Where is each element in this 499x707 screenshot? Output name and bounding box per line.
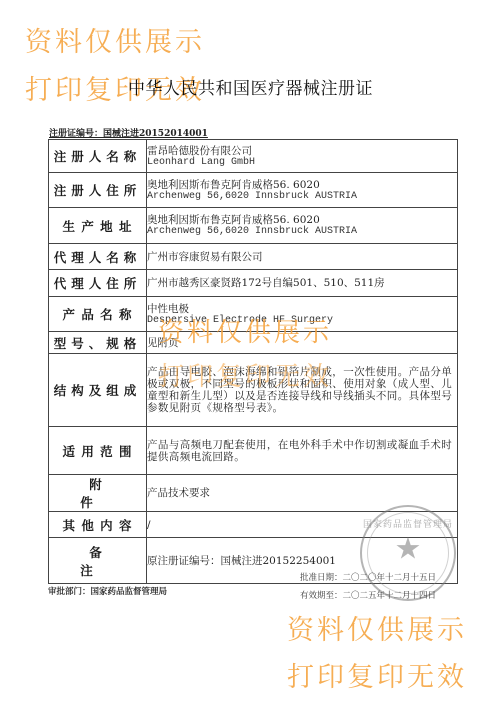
watermark-display-only: 资料仅供展示 (25, 20, 205, 59)
product-name-cn: 中性电极 (147, 303, 457, 315)
table-row: 生 产 地 址 奥地利因斯布鲁克阿肯威格56. 6020 Archenweg 5… (49, 208, 458, 244)
row-label: 代理人名称 (49, 244, 147, 270)
row-value: 奥地利因斯布鲁克阿肯威格56. 6020 Archenweg 56,6020 I… (147, 208, 458, 244)
registrant-address-cn: 奥地利因斯布鲁克阿肯威格56. 6020 (147, 179, 457, 191)
approval-department: 审批部门：国家药品监督管理局 (48, 585, 167, 597)
row-value: 中性电极 Despersive Electrode HF Surgery (147, 297, 458, 332)
scope-of-application: 产品与高频电刀配套使用，在电外科手术中作切割或凝血手术时提供高频电流回路。 (147, 427, 458, 475)
row-label: 附 件 (49, 475, 147, 512)
model-spec: 见附页 (147, 332, 458, 354)
table-row: 注册人住所 奥地利因斯布鲁克阿肯威格56. 6020 Archenweg 56,… (49, 173, 458, 208)
row-label: 型号、规格 (49, 332, 147, 354)
registration-number-value: 国械注进20152014001 (103, 129, 208, 139)
table-row: 代理人名称 广州市容康贸易有限公司 (49, 244, 458, 270)
row-label: 生 产 地 址 (49, 208, 147, 244)
row-label: 注册人住所 (49, 173, 147, 208)
structure-composition: 产品由导电胶、泡沫海绵和铝箔片制成，一次性使用。产品分单极或双极，不同型号的极板… (147, 354, 458, 427)
table-row: 代理人住所 广州市越秀区豪贤路172号自编501、510、511房 (49, 270, 458, 297)
row-label: 结构及组成 (49, 354, 147, 427)
table-row: 型号、规格 见附页 (49, 332, 458, 354)
star-icon: ★ (395, 532, 422, 567)
official-seal: 国家药品监督管理局 ★ (360, 505, 456, 601)
row-value: 奥地利因斯布鲁克阿肯威格56. 6020 Archenweg 56,6020 I… (147, 173, 458, 208)
table-row: 结构及组成 产品由导电胶、泡沫海绵和铝箔片制成，一次性使用。产品分单极或双极，不… (49, 354, 458, 427)
production-address-en: Archenweg 56,6020 Innsbruck AUSTRIA (147, 226, 457, 237)
row-label: 代理人住所 (49, 270, 147, 297)
production-address-cn: 奥地利因斯布鲁克阿肯威格56. 6020 (147, 214, 457, 226)
agent-address: 广州市越秀区豪贤路172号自编501、510、511房 (147, 270, 458, 297)
registrant-address-en: Archenweg 56,6020 Innsbruck AUSTRIA (147, 191, 457, 202)
row-label: 其 他 内 容 (49, 512, 147, 538)
row-label: 备 注 (49, 538, 147, 584)
table-row: 产 品 名 称 中性电极 Despersive Electrode HF Sur… (49, 297, 458, 332)
registrant-name-en: Leonhard Lang GmbH (147, 157, 457, 168)
watermark-copy-invalid-bottom: 打印复印无效 (287, 655, 467, 694)
row-label: 产 品 名 称 (49, 297, 147, 332)
registration-number-label: 注册证编号： (49, 129, 103, 139)
row-value: 雷昂哈德股份有限公司 Leonhard Lang GmbH (147, 140, 458, 173)
watermark-display-only-bottom: 资料仅供展示 (287, 608, 467, 647)
seal-text: 国家药品监督管理局 (363, 517, 453, 530)
registrant-name-cn: 雷昂哈德股份有限公司 (147, 145, 457, 157)
table-row: 注册人名称 雷昂哈德股份有限公司 Leonhard Lang GmbH (49, 140, 458, 173)
registration-number: 注册证编号：国械注进20152014001 (49, 126, 208, 139)
agent-name: 广州市容康贸易有限公司 (147, 244, 458, 270)
table-row: 适 用 范 围 产品与高频电刀配套使用，在电外科手术中作切割或凝血手术时提供高频… (49, 427, 458, 475)
row-label: 适 用 范 围 (49, 427, 147, 475)
product-name-en: Despersive Electrode HF Surgery (147, 315, 457, 326)
approval-date: 批准日期：二〇二〇年十二月十五日 (300, 571, 436, 583)
page-title: 中华人民共和国医疗器械注册证 (128, 74, 373, 99)
row-label: 注册人名称 (49, 140, 147, 173)
valid-until: 有效期至：二〇二五年十二月十四日 (300, 589, 436, 601)
